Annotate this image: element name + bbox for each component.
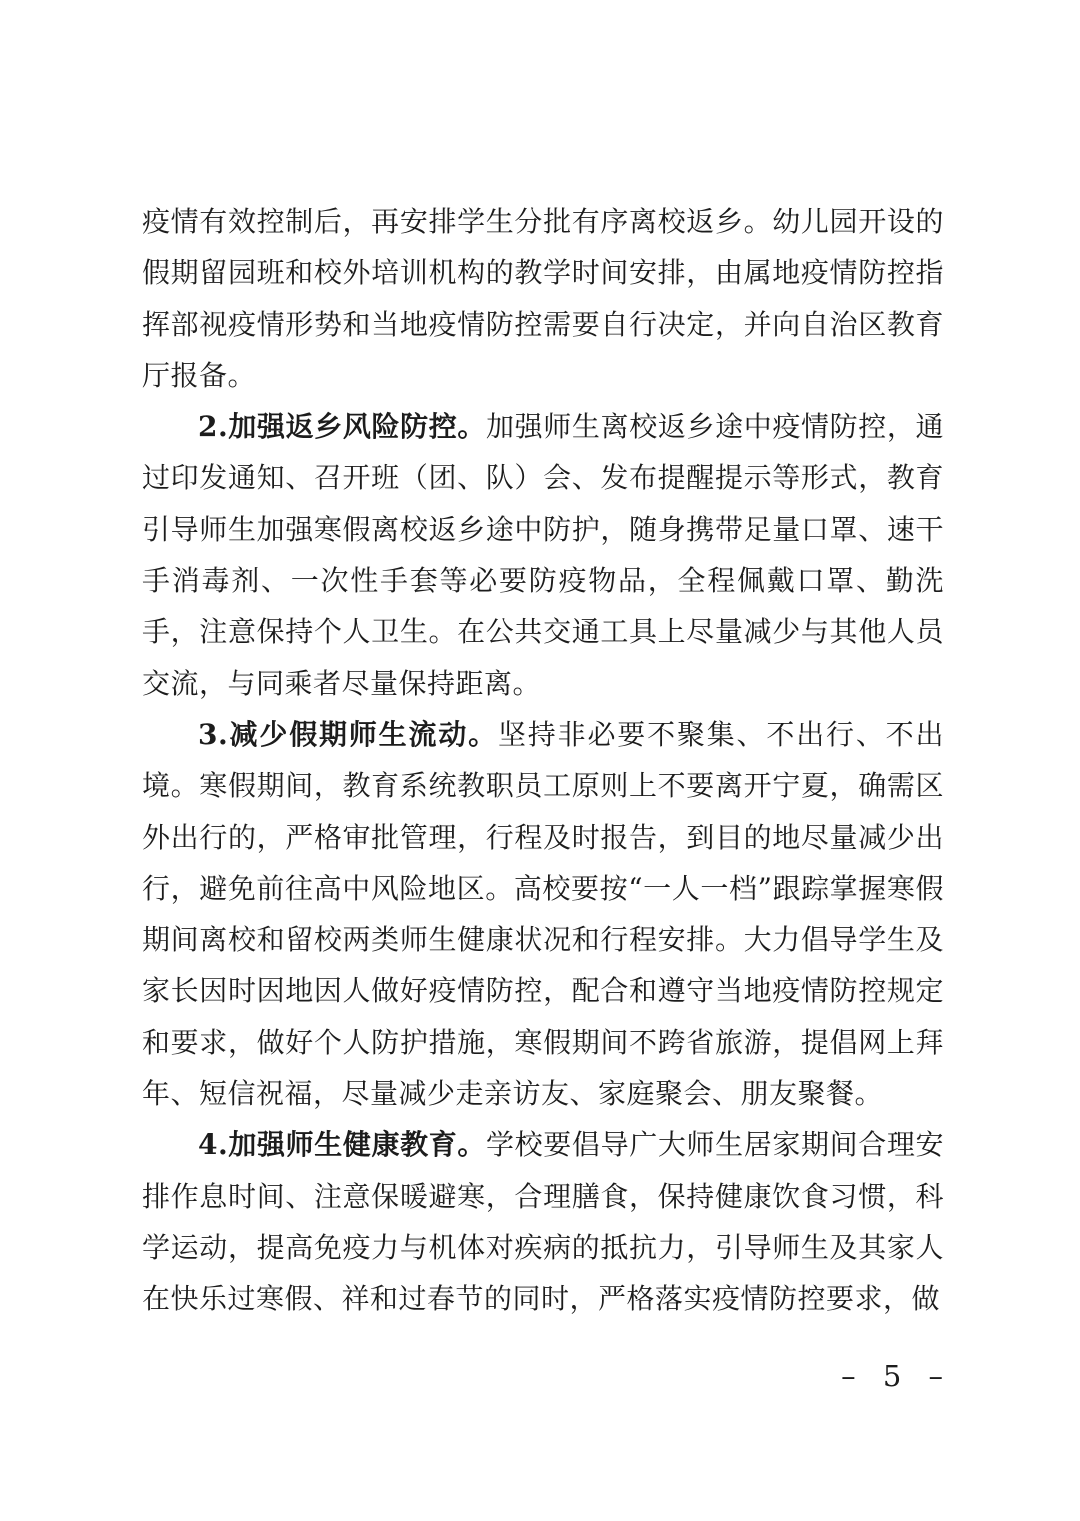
paragraph-heading: 4.加强师生健康教育。: [198, 1128, 486, 1161]
document-page: 疫情有效控制后，再安排学生分批有序离校返乡。幼儿园开设的假期留园班和校外培训机构…: [0, 0, 1080, 1521]
paragraph: 4.加强师生健康教育。学校要倡导广大师生居家期间合理安排作息时间、注意保暖避寒，…: [142, 1119, 944, 1324]
paragraph-text: 坚持非必要不聚集、不出行、不出境。寒假期间，教育系统教职员工原则上不要离开宁夏，…: [142, 718, 944, 1110]
document-body: 疫情有效控制后，再安排学生分批有序离校返乡。幼儿园开设的假期留园班和校外培训机构…: [142, 196, 944, 1325]
paragraph-heading: 3.减少假期师生流动。: [198, 718, 498, 751]
paragraph-heading: 2.加强返乡风险防控。: [198, 410, 486, 443]
paragraph: 3.减少假期师生流动。坚持非必要不聚集、不出行、不出境。寒假期间，教育系统教职员…: [142, 709, 944, 1119]
paragraph-text: 疫情有效控制后，再安排学生分批有序离校返乡。幼儿园开设的假期留园班和校外培训机构…: [142, 205, 944, 392]
paragraph: 疫情有效控制后，再安排学生分批有序离校返乡。幼儿园开设的假期留园班和校外培训机构…: [142, 196, 944, 401]
paragraph-text: 加强师生离校返乡途中疫情防控，通过印发通知、召开班（团、队）会、发布提醒提示等形…: [142, 410, 944, 699]
paragraph: 2.加强返乡风险防控。加强师生离校返乡途中疫情防控，通过印发通知、召开班（团、队…: [142, 401, 944, 709]
page-number: – 5 –: [841, 1356, 952, 1396]
